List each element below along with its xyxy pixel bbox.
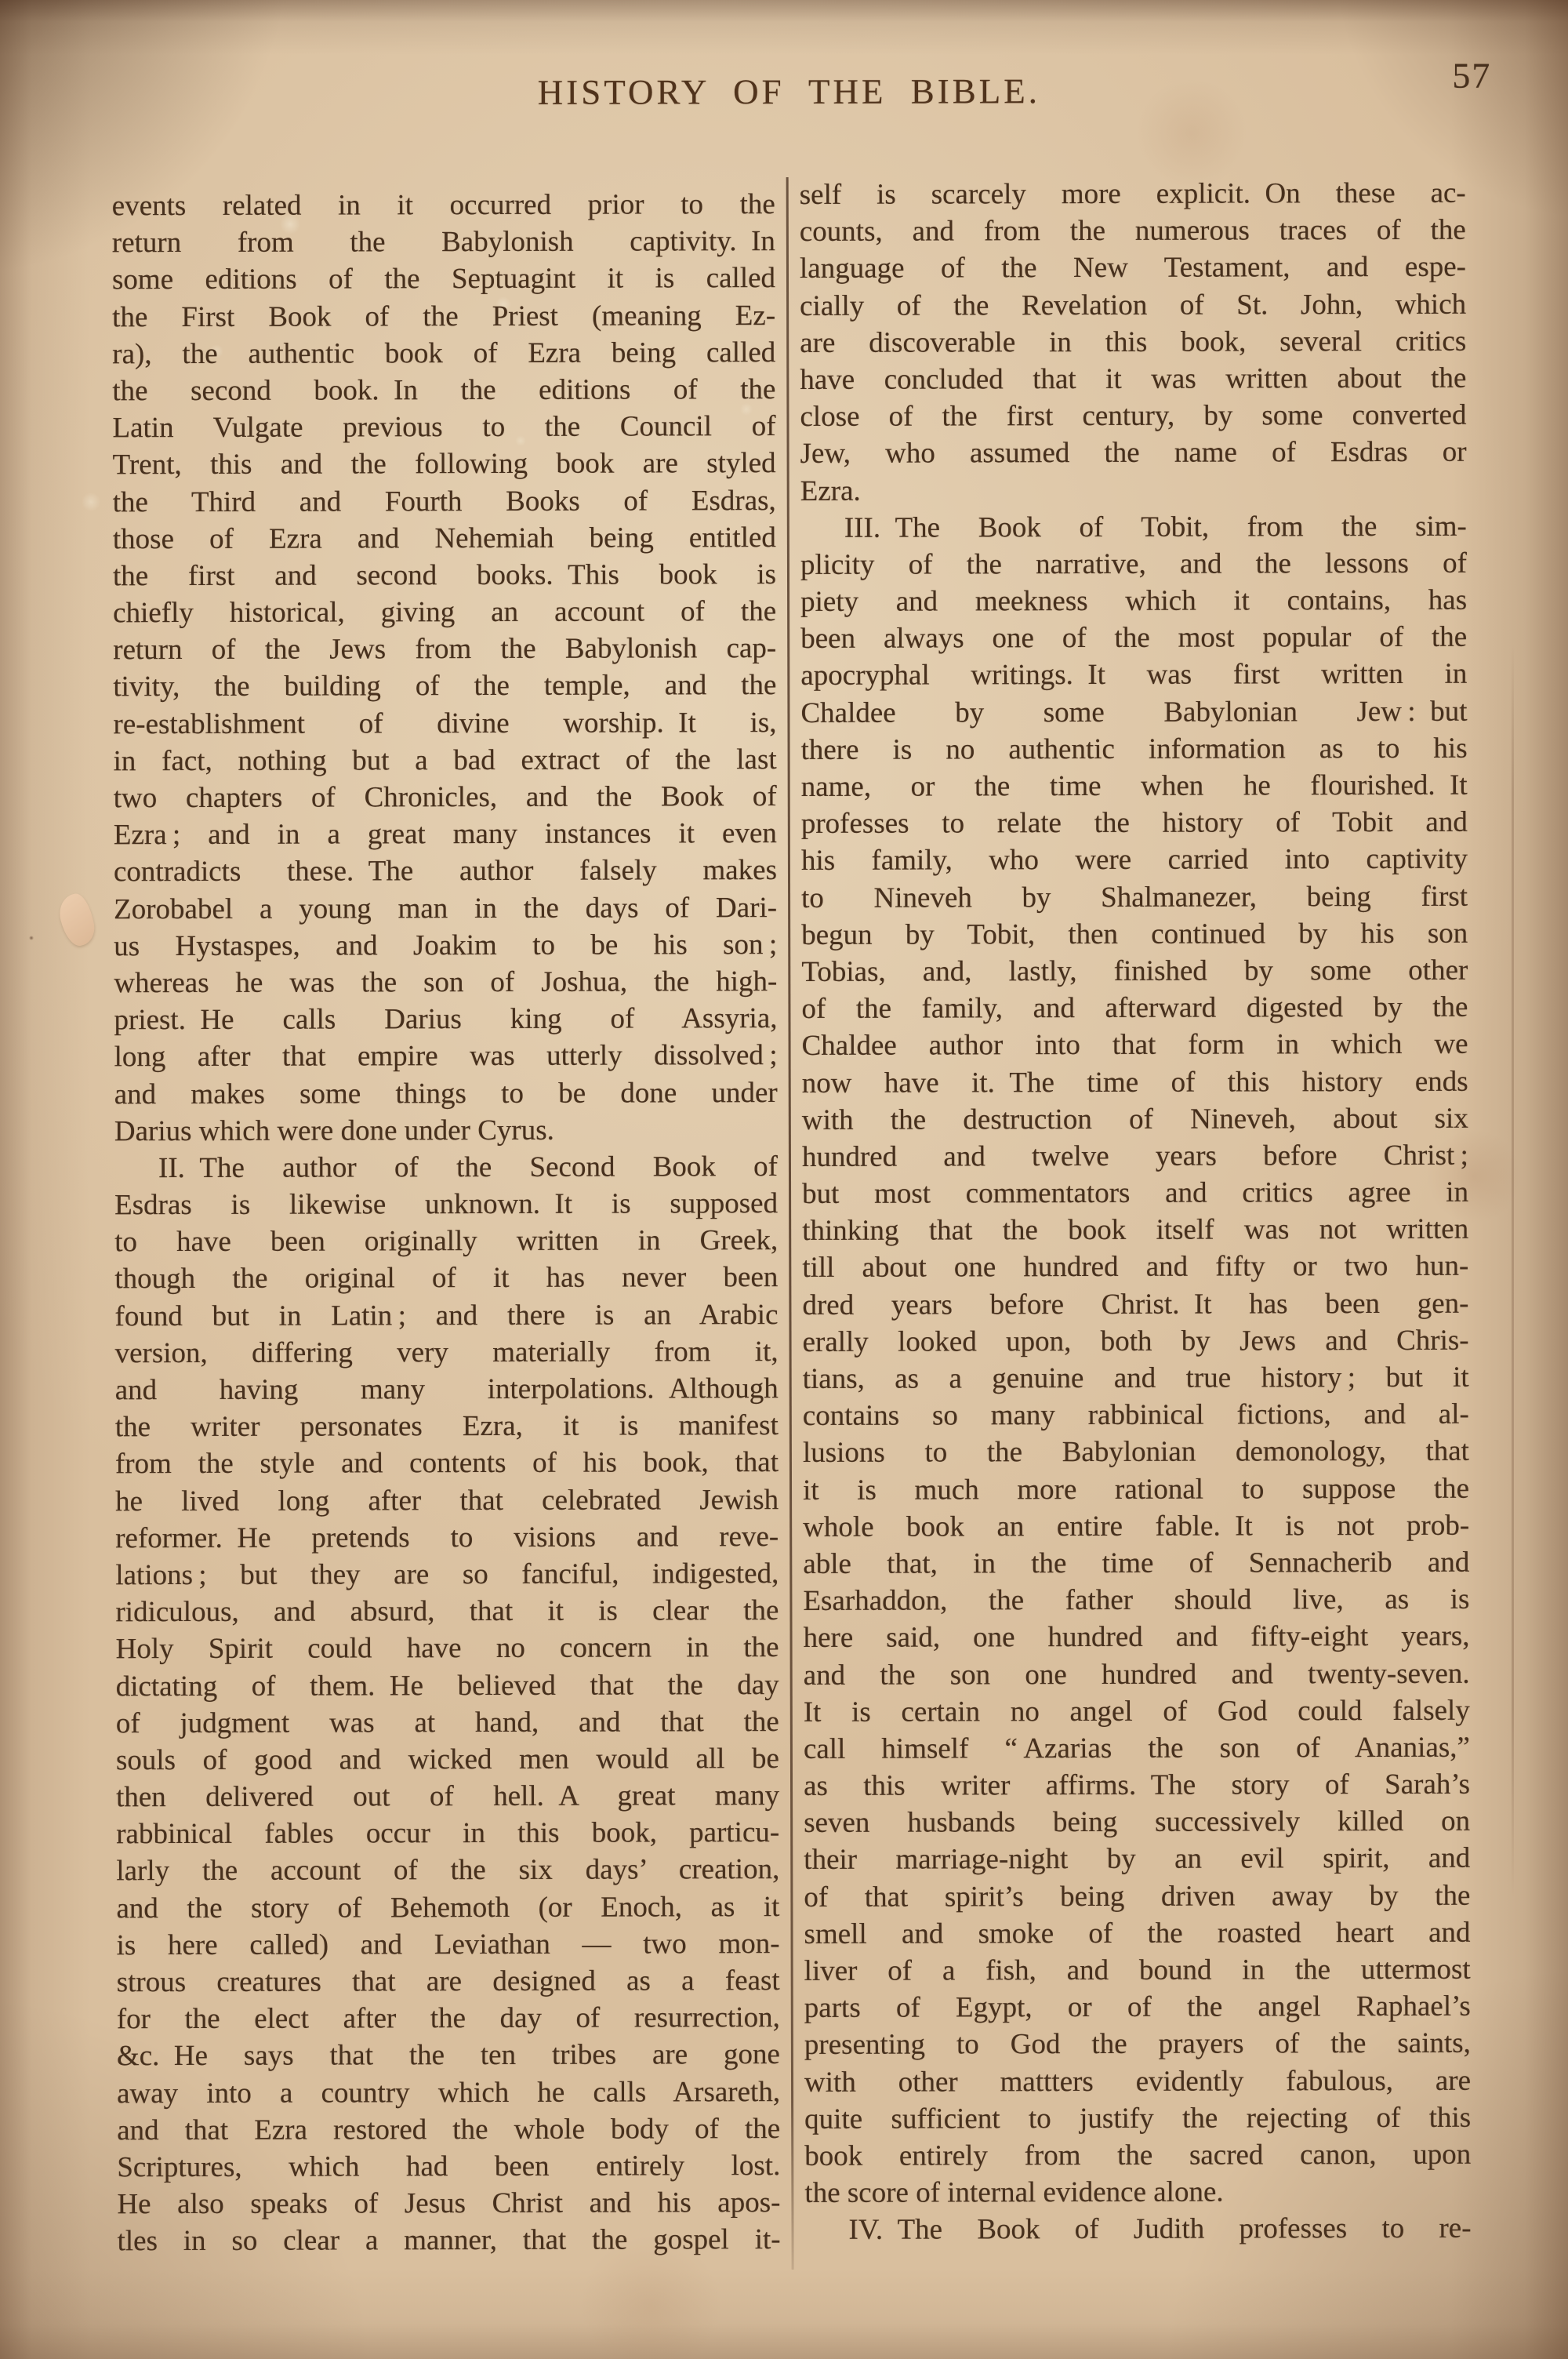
- text-line: now have it. The time of this history en…: [802, 1063, 1468, 1101]
- right-text-column: self is scarcely more explicit. On these…: [800, 175, 1472, 2249]
- text-line: III. The Book of Tobit, from the sim-: [800, 507, 1467, 546]
- text-line: able that, in the time of Sennacherib an…: [803, 1544, 1469, 1583]
- text-line: of judgment was at hand, and that the: [116, 1703, 779, 1742]
- page-content: HISTORY OF THE BIBLE. 57 events related …: [0, 0, 1568, 2359]
- text-line: Esdras is likewise unknown. It is suppos…: [114, 1185, 778, 1223]
- text-line: return of the Jews from the Babylonish c…: [113, 630, 776, 668]
- text-line: re-establishment of divine worship. It i…: [113, 704, 776, 743]
- text-line: the score of internal evidence alone.: [804, 2173, 1471, 2212]
- text-line: II. The author of the Second Book of: [114, 1148, 778, 1187]
- text-line: is here called) and Leviathan — two mon-: [117, 1925, 780, 1964]
- text-line: of the family, and afterward digested by…: [801, 989, 1468, 1027]
- text-line: of that spirit’s being driven away by th…: [804, 1877, 1470, 1915]
- text-line: lusions to the Babylonian demonology, th…: [803, 1433, 1469, 1471]
- text-line: parts of Egypt, or of the angel Raphael’…: [804, 1988, 1471, 2026]
- text-line: with other mattters evidently fabulous, …: [804, 2062, 1471, 2100]
- text-line: his family, who were carried into captiv…: [801, 841, 1468, 879]
- text-line: us Hystaspes, and Joakim to be his son ;: [114, 926, 777, 965]
- text-line: Ezra.: [800, 471, 1467, 509]
- text-line: strous creatures that are designed as a …: [117, 1962, 780, 2001]
- text-line: till about one hundred and fifty or two …: [802, 1248, 1468, 1286]
- text-line: whole book an entire fable. It is not pr…: [803, 1507, 1469, 1545]
- text-line: quite sufficient to justify the rejectin…: [804, 2099, 1471, 2137]
- text-line: for the elect after the day of resurrect…: [117, 1999, 780, 2037]
- text-line: self is scarcely more explicit. On these…: [800, 175, 1466, 213]
- text-line: return from the Babylonish captivity. In: [112, 223, 775, 261]
- text-line: the Third and Fourth Books of Esdras,: [113, 482, 776, 521]
- text-line: those of Ezra and Nehemiah being entitle…: [113, 519, 776, 558]
- book-page: HISTORY OF THE BIBLE. 57 events related …: [0, 0, 1568, 2359]
- column-divider-rule: [786, 177, 794, 2270]
- text-line: tivity, the building of the temple, and …: [113, 667, 776, 705]
- text-line: IV. The Book of Judith professes to re-: [804, 2210, 1471, 2248]
- text-line: there is no authentic information as to …: [801, 730, 1468, 769]
- text-line: been always one of the most popular of t…: [800, 619, 1467, 657]
- text-line: are discoverable in this book, several c…: [800, 322, 1466, 361]
- text-line: contradicts these. The author falsely ma…: [114, 852, 777, 890]
- text-line: priest. He calls Darius king of Assyria,: [114, 1000, 777, 1038]
- text-line: Scriptures, which had been entirely lost…: [117, 2147, 780, 2186]
- text-line: Holy Spirit could have no concern in the: [116, 1629, 779, 1667]
- text-line: events related in it occurred prior to t…: [112, 186, 775, 224]
- text-line: counts, and from the numerous traces of …: [800, 212, 1466, 250]
- text-line: whereas he was the son of Joshua, the hi…: [114, 963, 777, 1001]
- text-line: presenting to God the prayers of the sai…: [804, 2025, 1471, 2063]
- text-line: cially of the Revelation of St. John, wh…: [800, 285, 1466, 324]
- text-line: away into a country which he calls Arsar…: [117, 2074, 780, 2112]
- text-line: and having many interpolations. Although: [115, 1370, 779, 1408]
- text-line: smell and smoke of the roasted heart and: [804, 1914, 1470, 1953]
- text-line: then delivered out of hell. A great many: [116, 1777, 779, 1816]
- text-line: piety and meekness which it contains, ha…: [800, 582, 1467, 620]
- text-line: and the story of Behemoth (or Enoch, as …: [116, 1888, 779, 1927]
- text-line: call himself “ Azarias the son of Anania…: [804, 1729, 1470, 1768]
- text-line: liver of a fish, and bound in the utterm…: [804, 1951, 1471, 1990]
- text-line: It is certain no angel of God could fals…: [804, 1692, 1470, 1730]
- text-line: Latin Vulgate previous to the Council of: [112, 408, 775, 446]
- text-line: with the destruction of Nineveh, about s…: [802, 1100, 1468, 1138]
- text-line: Zorobabel a young man in the days of Dar…: [114, 889, 777, 928]
- text-line: plicity of the narrative, and the lesson…: [800, 545, 1467, 583]
- text-line: the writer personates Ezra, it is manife…: [115, 1407, 779, 1445]
- text-line: lations ; but they are so fanciful, indi…: [115, 1555, 779, 1594]
- text-line: their marriage-night by an evil spirit, …: [804, 1840, 1470, 1878]
- text-line: as this writer affirms. The story of Sar…: [804, 1766, 1470, 1805]
- text-line: but most commentators and critics agree …: [802, 1174, 1468, 1212]
- text-line: Chaldee author into that form in which w…: [802, 1026, 1468, 1064]
- text-line: and the son one hundred and twenty-seven…: [804, 1655, 1470, 1693]
- running-head-title: HISTORY OF THE BIBLE.: [111, 71, 1467, 114]
- text-line: from the style and contents of his book,…: [115, 1444, 779, 1482]
- text-line: and makes some things to be done under: [114, 1074, 778, 1113]
- text-line: &c. He says that the ten tribes are gone: [117, 2036, 780, 2074]
- left-text-column: events related in it occurred prior to t…: [112, 186, 781, 2260]
- text-line: tians, as a genuine and true history ; b…: [803, 1359, 1469, 1398]
- text-line: the second book. In the editions of the: [112, 371, 775, 409]
- text-line: Ezra ; and in a great many instances it …: [114, 815, 777, 853]
- text-line: have concluded that it was written about…: [800, 360, 1466, 398]
- text-line: book entirely from the sacred canon, upo…: [804, 2136, 1471, 2175]
- text-line: found but in Latin ; and there is an Ara…: [114, 1296, 778, 1335]
- text-line: Chaldee by some Babylonian Jew : but: [800, 692, 1467, 731]
- text-line: name, or the time when he flourished. It: [801, 767, 1468, 805]
- text-line: larly the account of the six days’ creat…: [116, 1851, 779, 1889]
- text-line: the first and second books. This book is: [113, 556, 776, 594]
- text-line: Esarhaddon, the father should live, as i…: [803, 1581, 1469, 1619]
- text-line: Darius which were done under Cyrus.: [114, 1111, 778, 1150]
- text-line: Tobias, and, lastly, finished by some ot…: [801, 952, 1468, 990]
- text-line: begun by Tobit, then continued by his so…: [801, 914, 1468, 953]
- page-number: 57: [1452, 56, 1491, 96]
- text-line: seven husbands being successively killed…: [804, 1803, 1470, 1841]
- text-line: in fact, nothing but a bad extract of th…: [114, 741, 777, 780]
- text-line: and that Ezra restored the whole body of…: [117, 2110, 780, 2149]
- text-line: here said, one hundred and fifty-eight y…: [803, 1618, 1469, 1656]
- text-line: it is much more rational to suppose the: [803, 1470, 1469, 1508]
- text-line: he lived long after that celebrated Jewi…: [115, 1481, 779, 1520]
- text-line: professes to relate the history of Tobit…: [801, 804, 1468, 842]
- text-line: hundred and twelve years before Christ ;: [802, 1137, 1468, 1176]
- text-line: He also speaks of Jesus Christ and his a…: [117, 2184, 780, 2223]
- text-line: language of the New Testament, and espe-: [800, 249, 1466, 287]
- text-line: to Nineveh by Shalmanezer, being first: [801, 878, 1468, 916]
- text-line: some editions of the Septuagint it is ca…: [112, 260, 775, 298]
- text-line: though the original of it has never been: [114, 1259, 778, 1297]
- text-line: the First Book of the Priest (meaning Ez…: [112, 297, 775, 336]
- text-line: two chapters of Chronicles, and the Book…: [114, 778, 777, 816]
- text-line: thinking that the book itself was not wr…: [802, 1211, 1468, 1249]
- text-line: long after that empire was utterly disso…: [114, 1037, 778, 1075]
- text-line: erally looked upon, both by Jews and Chr…: [802, 1322, 1468, 1361]
- text-line: version, differing very materially from …: [115, 1333, 779, 1372]
- text-line: dictating of them. He believed that the …: [116, 1667, 779, 1705]
- text-line: Jew, who assumed the name of Esdras or: [800, 434, 1467, 472]
- text-line: contains so many rabbinical fictions, an…: [803, 1396, 1469, 1434]
- text-line: ra), the authentic book of Ezra being ca…: [112, 334, 775, 373]
- text-line: ridiculous, and absurd, that it is clear…: [115, 1592, 779, 1630]
- text-line: Trent, this and the following book are s…: [113, 445, 776, 483]
- text-line: tles in so clear a manner, that the gosp…: [117, 2221, 780, 2259]
- text-line: dred years before Christ. It has been ge…: [802, 1285, 1468, 1323]
- text-line: reformer. He pretends to visions and rev…: [115, 1518, 779, 1557]
- text-line: rabbinical fables occur in this book, pa…: [116, 1814, 779, 1852]
- text-line: chiefly historical, giving an account of…: [113, 593, 776, 631]
- text-line: to have been originally written in Greek…: [114, 1222, 778, 1260]
- text-line: close of the first century, by some conv…: [800, 397, 1466, 435]
- text-line: apocryphal writings. It was first writte…: [800, 656, 1467, 694]
- text-line: souls of good and wicked men would all b…: [116, 1740, 779, 1779]
